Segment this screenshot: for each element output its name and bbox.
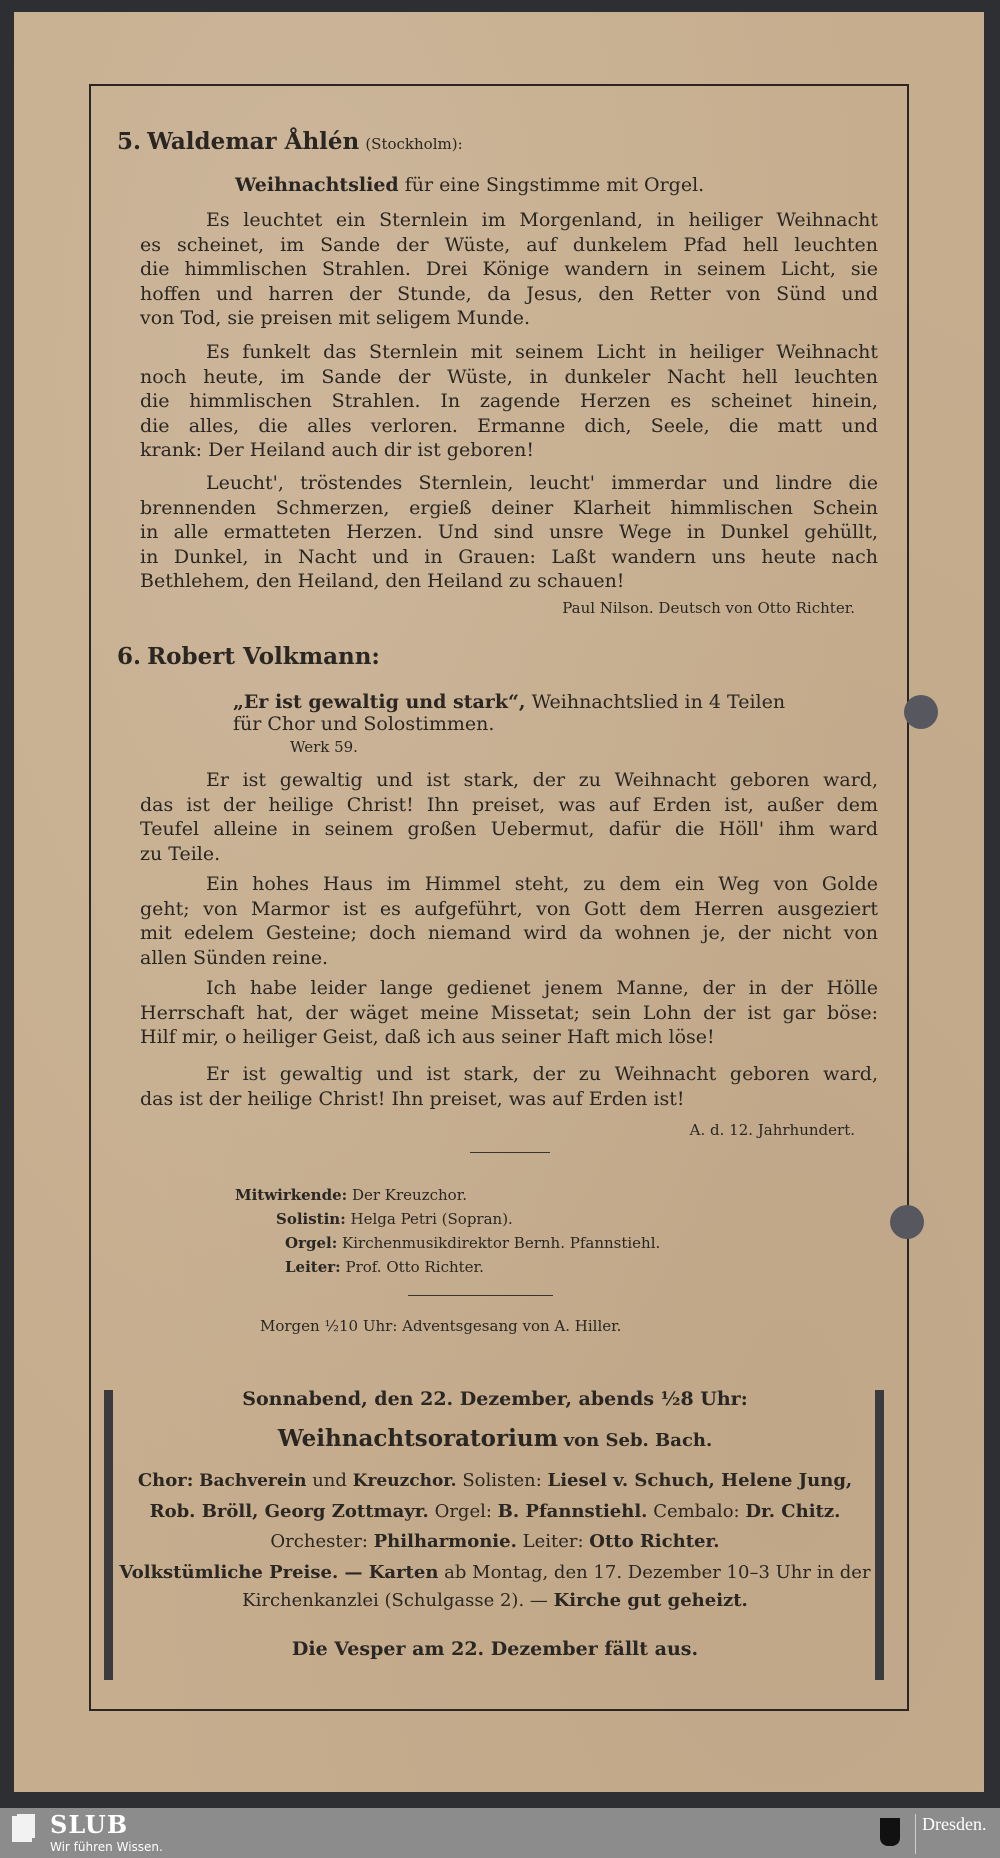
item5-title: Weihnachtslied für eine Singstimme mit O… xyxy=(235,173,704,197)
performers-leader: Leiter: Prof. Otto Richter. xyxy=(285,1255,484,1279)
punch-hole xyxy=(904,695,938,729)
item6-stanza-1: Er ist gewaltig und ist stark, der zu We… xyxy=(140,768,878,866)
concert-date: Sonnabend, den 22. Dezember, abends ½8 U… xyxy=(110,1388,880,1410)
concert-line-3: Orchester: Philharmonie. Leiter: Otto Ri… xyxy=(110,1531,880,1552)
item6-opus: Werk 59. xyxy=(290,735,358,759)
composer-name: Waldemar Åhlén xyxy=(147,128,359,155)
dresden-logo-text[interactable]: Dresden. xyxy=(922,1814,986,1835)
item6-title: „Er ist gewaltig und stark“, Weihnachtsl… xyxy=(233,690,785,714)
concert-line-2: Rob. Bröll, Georg Zottmayr. Orgel: B. Pf… xyxy=(110,1501,880,1522)
item6-title-line2: für Chor und Solostimmen. xyxy=(233,712,494,736)
item6-stanza-4: Er ist gewaltig und ist stark, der zu We… xyxy=(140,1062,878,1111)
item5-stanza-1: Es leuchtet ein Sternlein im Morgenland,… xyxy=(140,208,878,331)
footer-bar: SLUB Wir führen Wissen. Dresden. xyxy=(0,1808,1000,1858)
slub-book-icon xyxy=(12,1816,32,1842)
item5-heading: 5. Waldemar Åhlén (Stockholm): xyxy=(117,130,463,156)
concert-office: Kirchenkanzlei (Schulgasse 2). — Kirche … xyxy=(110,1590,880,1611)
item5-stanza-2: Es funkelt das Sternlein mit seinem Lich… xyxy=(140,340,878,463)
concert-work: Weihnachtsoratorium von Seb. Bach. xyxy=(110,1425,880,1452)
performers-choir: Mitwirkende: Der Kreuzchor. xyxy=(235,1183,467,1207)
performers-soloist: Solistin: Helga Petri (Sopran). xyxy=(276,1207,513,1231)
divider xyxy=(470,1152,550,1153)
performers-organ: Orgel: Kirchenmusikdirektor Bernh. Pfann… xyxy=(285,1231,660,1255)
slub-logo-text[interactable]: SLUB xyxy=(50,1810,128,1839)
item6-heading: 6. Robert Volkmann: xyxy=(117,645,380,670)
divider xyxy=(408,1295,553,1296)
item5-credit: Paul Nilson. Deutsch von Otto Richter. xyxy=(562,596,855,620)
dresden-crest-icon xyxy=(880,1818,900,1846)
item6-credit: A. d. 12. Jahrhundert. xyxy=(690,1118,855,1142)
slub-tagline: Wir führen Wissen. xyxy=(50,1840,163,1854)
concert-prices: Volkstümliche Preise. — Karten ab Montag… xyxy=(110,1562,880,1583)
vesper-cancel: Die Vesper am 22. Dezember fällt aus. xyxy=(110,1638,880,1660)
item6-stanza-2: Ein hohes Haus im Himmel steht, zu dem e… xyxy=(140,872,878,970)
concert-line-1: Chor: Bachverein und Kreuzchor. Solisten… xyxy=(110,1470,880,1491)
punch-hole xyxy=(890,1205,924,1239)
item6-stanza-3: Ich habe leider lange gedienet jenem Man… xyxy=(140,976,878,1050)
item5-stanza-3: Leucht', tröstendes Sternlein, leucht' i… xyxy=(140,471,878,594)
composer-name: Robert Volkmann: xyxy=(147,643,380,670)
footer-divider xyxy=(915,1814,916,1854)
tomorrow-note: Morgen ½10 Uhr: Adventsgesang von A. Hil… xyxy=(260,1314,621,1338)
